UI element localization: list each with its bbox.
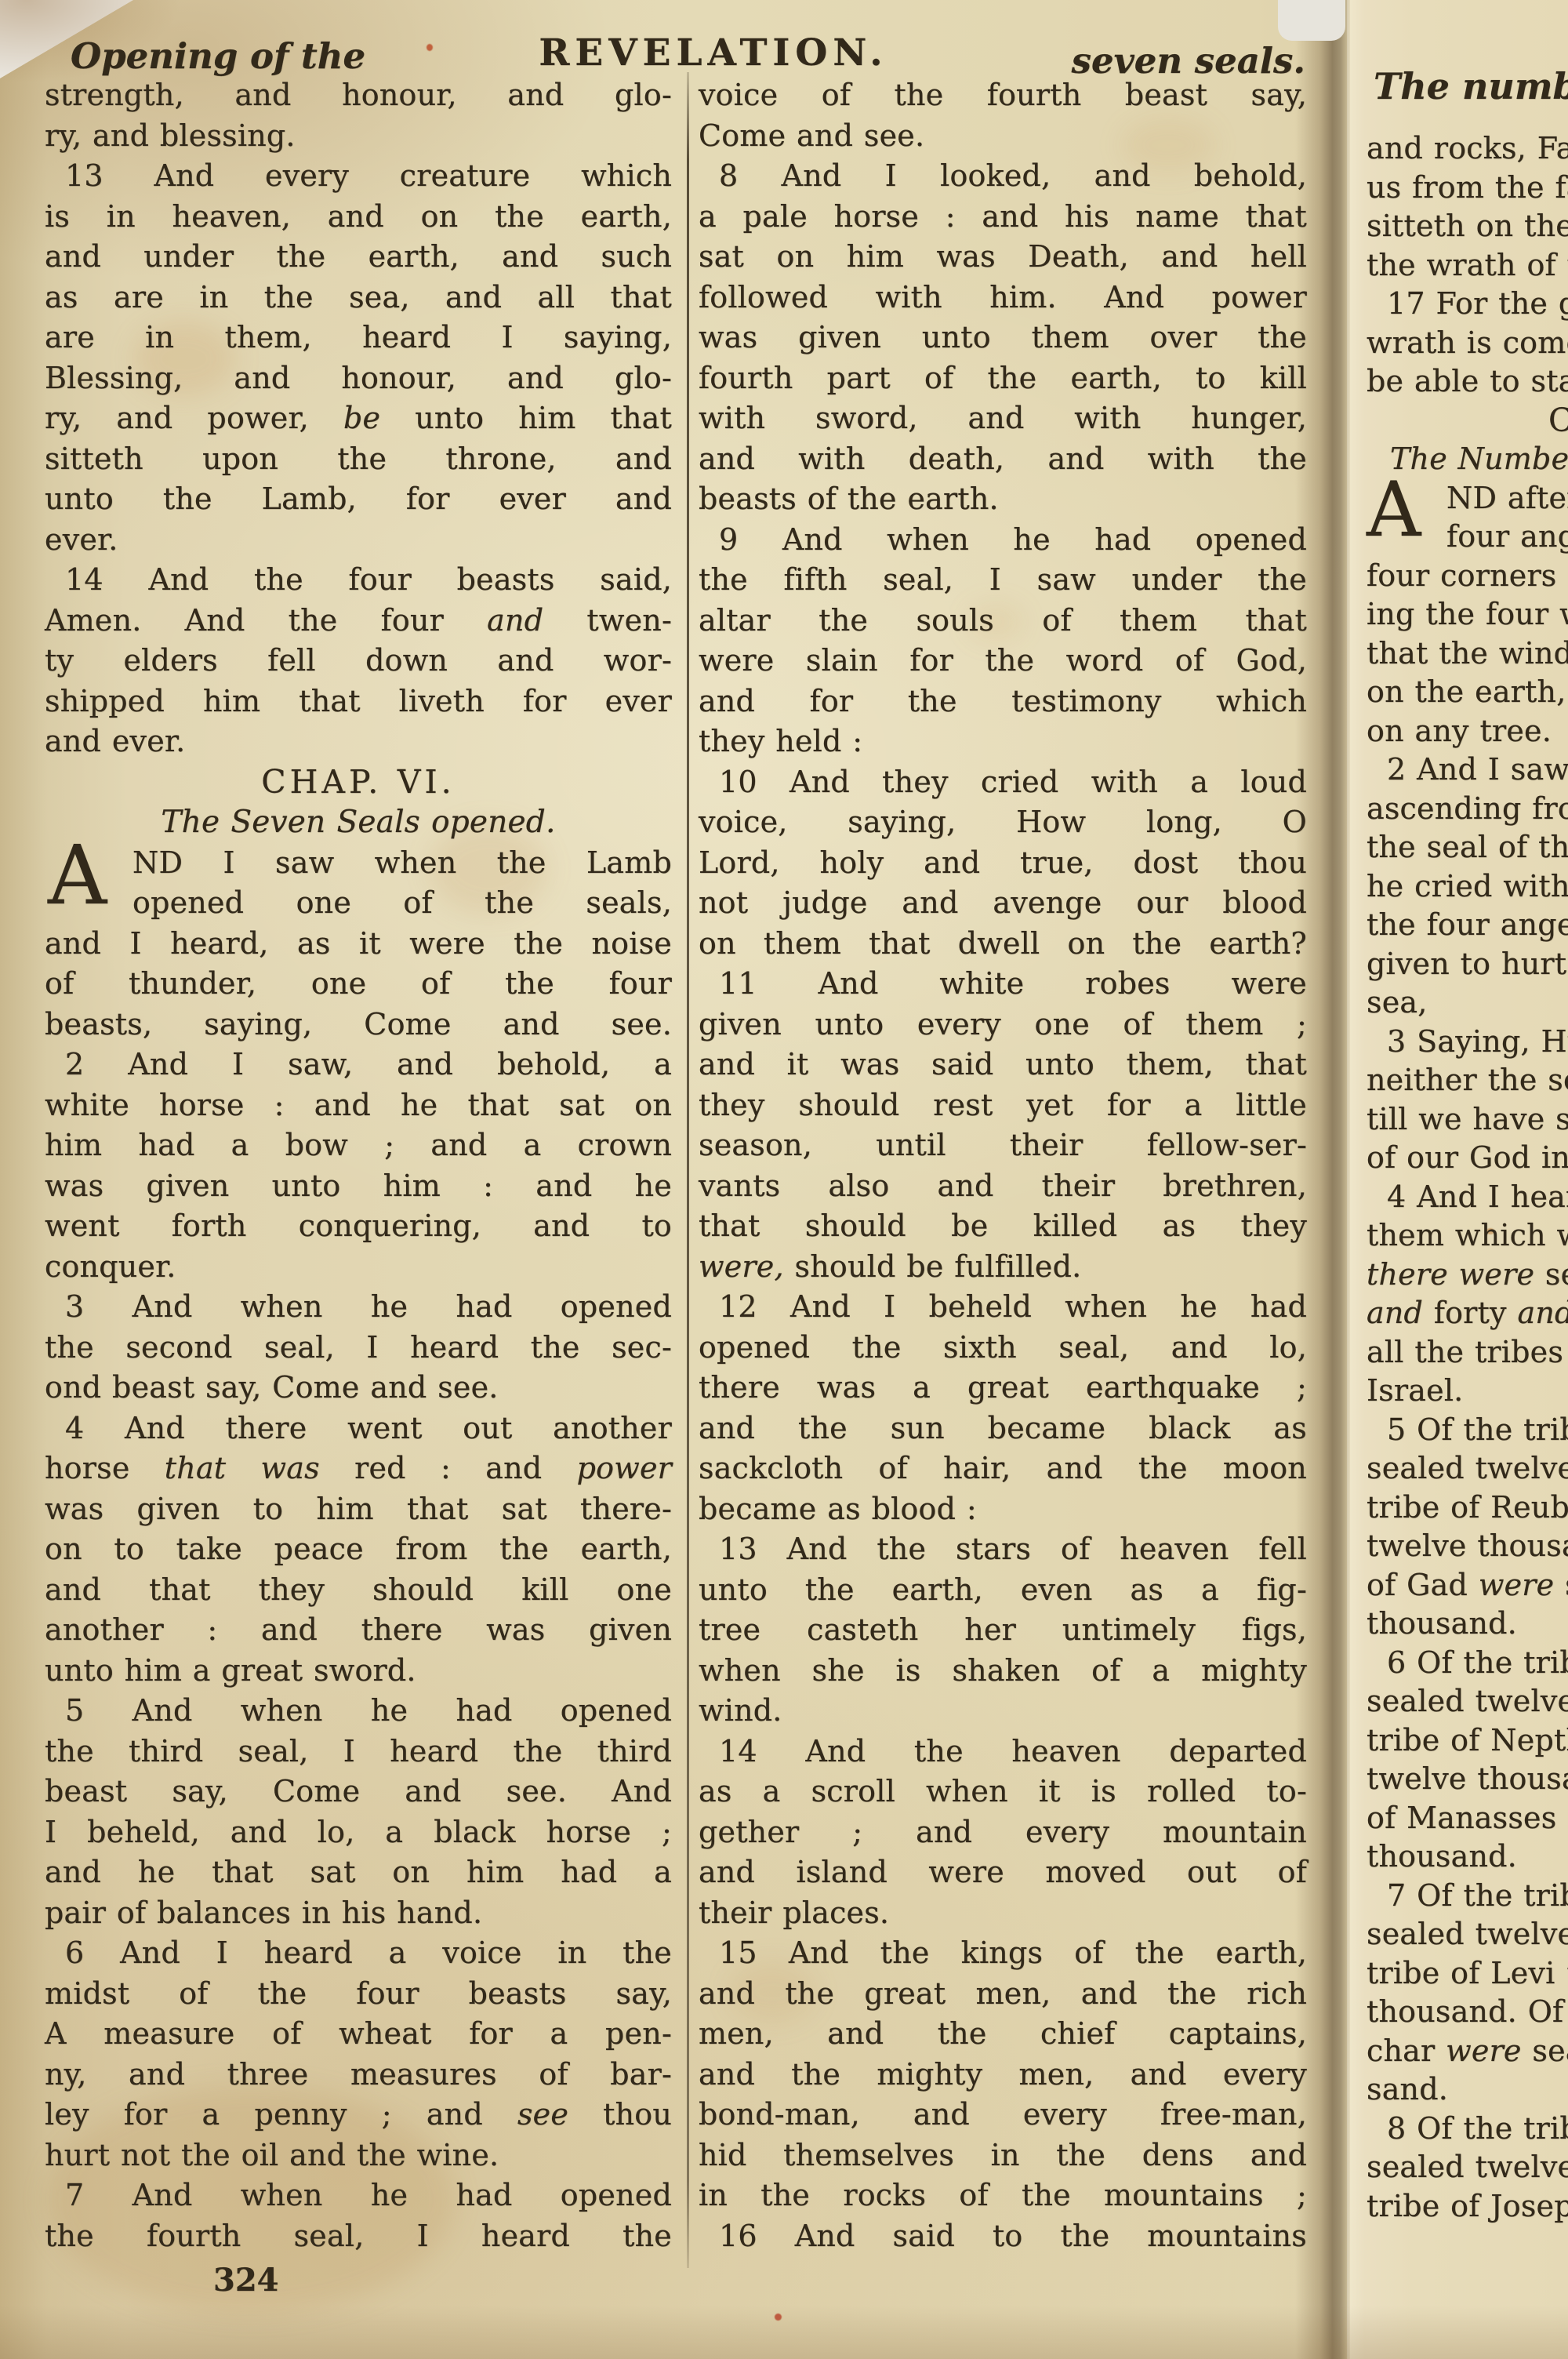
verse-line: ry, and power, be unto him that (45, 398, 672, 439)
verse-line: of thunder, one of the four (45, 964, 672, 1005)
verse-line: as are in the sea, and all that (45, 278, 672, 318)
verse-line: 6 Of the tribe of Aser were (1367, 1644, 1568, 1683)
page-number: 324 (213, 2262, 279, 2299)
verse-line: ny, and three measures of bar- (45, 2055, 672, 2095)
verse-line: CHAP. VII. (1367, 402, 1568, 441)
verse-line: became as blood : (699, 1489, 1307, 1530)
next-page-running-head: The number of the (1374, 67, 1568, 105)
verse-line: 16 And said to the mountains (699, 2216, 1307, 2257)
verse-line: the fifth seal, I saw under the (699, 560, 1307, 601)
verse-line: and the mighty men, and every (699, 2055, 1307, 2095)
verse-line: when she is shaken of a mighty (699, 1651, 1307, 1692)
verse-line: ry, and blessing. (45, 116, 672, 157)
verse-line: A measure of wheat for a pen- (45, 2014, 672, 2055)
verse-line: the four angels, to whom it was (1367, 906, 1568, 945)
column-left: A strength, and honour, and glo-ry, and … (45, 75, 672, 2256)
verse-line: sealed twelve thousand. Of the (1367, 1449, 1568, 1488)
verse-line: sat on him was Death, and hell (699, 237, 1307, 278)
verse-line: bond-man, and every free-man, (699, 2095, 1307, 2135)
verse-line: and island were moved out of (699, 1852, 1307, 1893)
verse-line: 6 And I heard a voice in the (45, 1933, 672, 1974)
verse-line: opened one of the seals, (45, 883, 672, 924)
verse-line: 14 And the heaven departed (699, 1732, 1307, 1772)
verse-line: 14 And the four beasts said, (45, 560, 672, 601)
verse-line: sitteth upon the throne, and (45, 439, 672, 480)
verse-line: twelve thousand. Of the tribe (1367, 1527, 1568, 1566)
verse-line: sackcloth of hair, and the moon (699, 1448, 1307, 1489)
verse-line: were, should be fulfilled. (699, 1247, 1307, 1288)
verse-line: fourth part of the earth, to kill (699, 358, 1307, 399)
page-gap (1278, 0, 1345, 41)
verse-line: neither the sea, nor the trees, (1367, 1061, 1568, 1100)
verse-line: all the tribes of the children of (1367, 1333, 1568, 1372)
verse-line: the second seal, I heard the sec- (45, 1328, 672, 1369)
verse-line: a pale horse : and his name that (699, 197, 1307, 238)
verse-line: hurt not the oil and the wine. (45, 2135, 672, 2176)
verse-line: on to take peace from the earth, (45, 1529, 672, 1570)
verse-line: strength, and honour, and glo- (45, 75, 672, 116)
verse-line: followed with him. And power (699, 278, 1307, 318)
running-head-right: seven seals. (1051, 42, 1305, 80)
verse-line: sealed twelve thousand. Of the (1367, 1682, 1568, 1721)
verse-line: and it was said unto them, that (699, 1045, 1307, 1085)
verse-line: 3 And when he had opened (45, 1287, 672, 1328)
verse-line: there was a great earthquake ; (699, 1368, 1307, 1408)
verse-line: is in heaven, and on the earth, (45, 197, 672, 238)
column-divider-rule (687, 72, 689, 2268)
verse-line: of Gad were sealed twelve (1367, 1566, 1568, 1605)
verse-line: the fourth seal, I heard the (45, 2216, 672, 2257)
verse-line: sealed twelve thousand. Of the (1367, 2148, 1568, 2187)
verse-line: sitteth on the throne, and from (1367, 207, 1568, 246)
verse-line: and with death, and with the (699, 439, 1307, 480)
verse-line: 17 For the great day of his (1367, 285, 1568, 324)
running-head-left: Opening of the (71, 38, 365, 75)
verse-line: he cried with a loud voice to (1367, 867, 1568, 907)
verse-line: thousand. Of the tribe of Issa- (1367, 1993, 1568, 2032)
verse-line: ever. (45, 520, 672, 561)
verse-line: Blessing, and honour, and glo- (45, 358, 672, 399)
verse-line: 8 And I looked, and behold, (699, 156, 1307, 197)
verse-line: gether ; and every mountain (699, 1812, 1307, 1853)
verse-line: 5 And when he had opened (45, 1691, 672, 1732)
verse-line: sand. (1367, 2070, 1568, 2110)
verse-line: voice, saying, How long, O (699, 802, 1307, 843)
verse-line: that the wind should not blow (1367, 634, 1568, 674)
verse-line: be able to stand ? (1367, 362, 1568, 402)
verse-line: unto the Lamb, for ever and (45, 479, 672, 520)
column-middle: voice of the fourth beast say,Come and s… (699, 75, 1307, 2256)
verse-line: ing the four winds of the earth, (1367, 595, 1568, 634)
verse-line: and the sun became black as (699, 1408, 1307, 1449)
verse-line: opened the sixth seal, and lo, (699, 1328, 1307, 1369)
verse-line: thousand. (1367, 1837, 1568, 1877)
verse-line: and that they should kill one (45, 1570, 672, 1611)
verse-line: vants also and their brethren, (699, 1166, 1307, 1207)
verse-line: shipped him that liveth for ever (45, 682, 672, 722)
verse-line: conquer. (45, 1247, 672, 1288)
verse-line: the third seal, I heard the third (45, 1732, 672, 1772)
verse-line: Lord, holy and true, dost thou (699, 843, 1307, 884)
verse-line: and under the earth, and such (45, 237, 672, 278)
verse-line: was given to him that sat there- (45, 1489, 672, 1530)
verse-line: beasts of the earth. (699, 479, 1307, 520)
verse-line: beast say, Come and see. And (45, 1772, 672, 1812)
verse-line: and ever. (45, 722, 672, 762)
drop-cap-a: A (48, 834, 107, 916)
verse-line: hid themselves in the dens and (699, 2135, 1307, 2176)
page-bottom-edge (0, 2306, 1568, 2359)
verse-line: pair of balances in his hand. (45, 1893, 672, 1934)
verse-line: are in them, heard I saying, (45, 318, 672, 358)
verse-line: ascending from the east, having (1367, 790, 1568, 829)
verse-line: ond beast say, Come and see. (45, 1368, 672, 1408)
verse-line: sea, (1367, 983, 1568, 1023)
verse-line: ND I saw when the Lamb (45, 843, 672, 884)
verse-line: and rocks, Fall on us, and hide (1367, 129, 1568, 169)
ink-speck (426, 44, 433, 51)
verse-line: 2 And I saw another angel (1367, 751, 1568, 790)
verse-line: Israel. (1367, 1372, 1568, 1411)
verse-line: The Seven Seals opened. (45, 802, 672, 843)
verse-line: season, until their fellow-ser- (699, 1125, 1307, 1166)
verse-line: in the rocks of the mountains ; (699, 2175, 1307, 2216)
verse-line: tribe of Joseph were sealed (1367, 2187, 1568, 2226)
verse-line: tribe of Nepthalim were sealed (1367, 1721, 1568, 1761)
verse-line: and the great men, and the rich (699, 1974, 1307, 2015)
verse-line: CHAP. VI. (45, 762, 672, 803)
verse-line: 15 And the kings of the earth, (699, 1933, 1307, 1974)
verse-line: 13 And the stars of heaven fell (699, 1529, 1307, 1570)
verse-line: 9 And when he had opened (699, 520, 1307, 561)
verse-line: with sword, and with hunger, (699, 398, 1307, 439)
verse-line: wind. (699, 1691, 1307, 1732)
verse-line: twelve thousand. Of the tribe (1367, 1760, 1568, 1799)
verse-line: went forth conquering, and to (45, 1206, 672, 1247)
verse-line: there were sealed an hundred (1367, 1256, 1568, 1295)
verse-line: as a scroll when it is rolled to- (699, 1772, 1307, 1812)
verse-line: were slain for the word of God, (699, 641, 1307, 682)
verse-line: 8 Of the tribe of Zabulon were (1367, 2110, 1568, 2149)
verse-line: 7 Of the tribe of Simeon were (1367, 1877, 1568, 1916)
verse-line: 10 And they cried with a loud (699, 762, 1307, 803)
verse-line: till we have sealed the servants (1367, 1100, 1568, 1140)
verse-line: that should be killed as they (699, 1206, 1307, 1247)
verse-line: and forty and four thousand of (1367, 1294, 1568, 1333)
verse-line: midst of the four beasts say, (45, 1974, 672, 2015)
verse-line: 5 Of the tribe of Juda were (1367, 1411, 1568, 1450)
verse-line: given unto every one of them ; (699, 1005, 1307, 1045)
book-photo: Opening of the REVELATION. seven seals. … (0, 0, 1568, 2359)
running-head-title: REVELATION. (470, 35, 956, 72)
verse-line: they should rest yet for a little (699, 1085, 1307, 1126)
verse-line: was given unto him : and he (45, 1166, 672, 1207)
verse-line: sealed twelve thousand. Of the (1367, 1915, 1568, 1954)
verse-line: tree casteth her untimely figs, (699, 1610, 1307, 1651)
verse-line: men, and the chief captains, (699, 2014, 1307, 2055)
verse-line: Come and see. (699, 116, 1307, 157)
verse-line: not judge and avenge our blood (699, 883, 1307, 924)
verse-line: Amen. And the four and twen- (45, 601, 672, 642)
verse-line: horse that was red : and power (45, 1448, 672, 1489)
verse-line: wrath is come ; and who shall (1367, 324, 1568, 363)
verse-line: 3 Saying, Hurt not the earth, (1367, 1023, 1568, 1062)
verse-line: on them that dwell on the earth? (699, 924, 1307, 965)
verse-line: on any tree. (1367, 712, 1568, 751)
verse-line: four corners of the earth, hold- (1367, 557, 1568, 596)
verse-line: thousand. (1367, 1605, 1568, 1644)
verse-line: them which were sealed : and (1367, 1216, 1568, 1256)
verse-line: I beheld, and lo, a black horse ; (45, 1812, 672, 1853)
column-next-page: A and rocks, Fall on us, and hideus from… (1367, 129, 1568, 2226)
verse-line: given to hurt the earth and the (1367, 945, 1568, 984)
verse-line: of our God in their foreheads. (1367, 1139, 1568, 1178)
verse-line: on the earth, nor on the sea, nor (1367, 673, 1568, 712)
verse-line: him had a bow ; and a crown (45, 1125, 672, 1166)
verse-line: 7 And when he had opened (45, 2175, 672, 2216)
verse-line: tribe of Levi were sealed twelve (1367, 1954, 1568, 1994)
verse-line: beasts, saying, Come and see. (45, 1005, 672, 1045)
drop-cap-a: A (1367, 472, 1421, 547)
ink-speck (775, 2314, 782, 2321)
verse-line: 2 And I saw, and behold, a (45, 1045, 672, 1085)
verse-line: was given unto them over the (699, 318, 1307, 358)
verse-line: us from the face of him that (1367, 169, 1568, 208)
verse-line: unto him a great sword. (45, 1651, 672, 1692)
verse-line: another : and there was given (45, 1610, 672, 1651)
verse-line: and he that sat on him had a (45, 1852, 672, 1893)
verse-line: of Manasses were sealed twelve (1367, 1799, 1568, 1838)
verse-line: 13 And every creature which (45, 156, 672, 197)
verse-line: the seal of the living God : and (1367, 828, 1568, 867)
verse-line: ty elders fell down and wor- (45, 641, 672, 682)
verse-line: the wrath of the Lamb : (1367, 246, 1568, 285)
verse-line: and I heard, as it were the noise (45, 924, 672, 965)
verse-line: 12 And I beheld when he had (699, 1287, 1307, 1328)
verse-line: char were sealed twelve thou- (1367, 2032, 1568, 2071)
verse-line: their places. (699, 1893, 1307, 1934)
verse-line: 11 And white robes were (699, 964, 1307, 1005)
verse-line: voice of the fourth beast say, (699, 75, 1307, 116)
verse-line: 4 And I heard the number of (1367, 1178, 1568, 1217)
verse-line: 4 And there went out another (45, 1408, 672, 1449)
verse-line: unto the earth, even as a fig- (699, 1570, 1307, 1611)
verse-line: tribe of Reuben were sealed (1367, 1488, 1568, 1528)
verse-line: white horse : and he that sat on (45, 1085, 672, 1126)
verse-line: ley for a penny ; and see thou (45, 2095, 672, 2135)
verse-line: and for the testimony which (699, 682, 1307, 722)
verse-line: altar the souls of them that (699, 601, 1307, 642)
verse-line: they held : (699, 722, 1307, 762)
